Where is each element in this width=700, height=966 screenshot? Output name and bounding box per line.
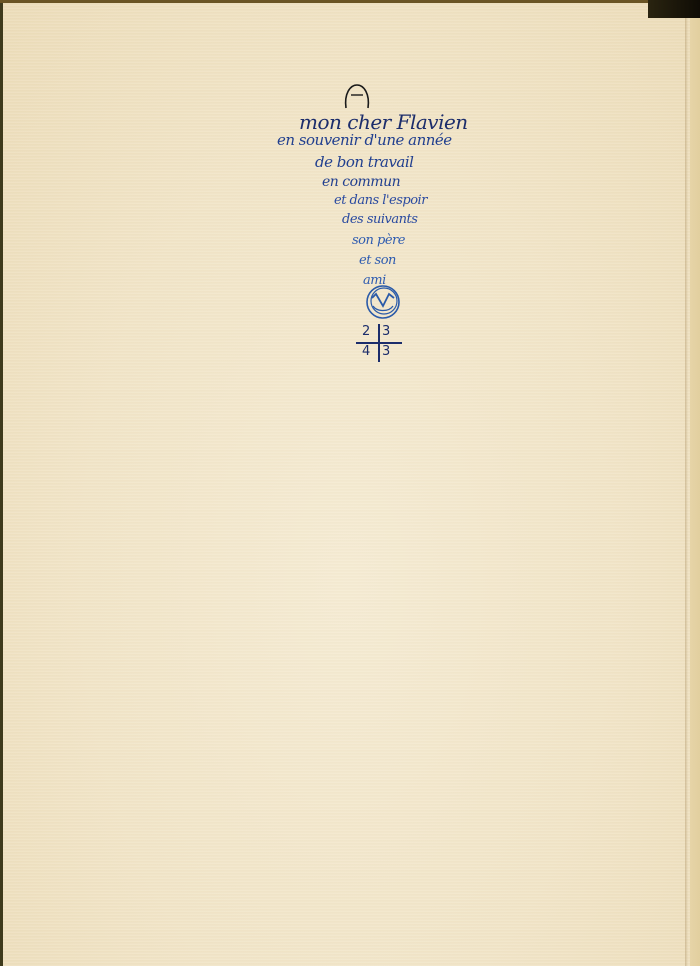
cap-circle-icon (342, 82, 372, 112)
edition-annotation: 2 3 4 3 (356, 324, 406, 364)
annotation-top-right: 3 (382, 324, 390, 339)
dedication-line-7: son père (352, 233, 405, 248)
annotation-bottom-left: 4 (362, 344, 370, 359)
annotation-vertical-rule (378, 324, 380, 362)
dedication-line-3: de bon travail (315, 153, 413, 171)
scan-corner-shadow (648, 0, 700, 18)
dedication-line-2: en souvenir d'une année (277, 131, 452, 149)
sheet-edge (685, 0, 688, 966)
dedication-line-8: et son (359, 253, 396, 268)
dedication-line-5: et dans l'espoir (334, 193, 427, 208)
scan-border-left (0, 0, 3, 966)
v-monogram-icon (363, 282, 403, 322)
dedication-line-4: en commun (322, 174, 400, 190)
annotation-bottom-right: 3 (382, 344, 390, 359)
scan-border-top (0, 0, 650, 3)
dedication-line-6: des suivants (342, 212, 417, 227)
annotation-top-left: 2 (362, 324, 370, 339)
